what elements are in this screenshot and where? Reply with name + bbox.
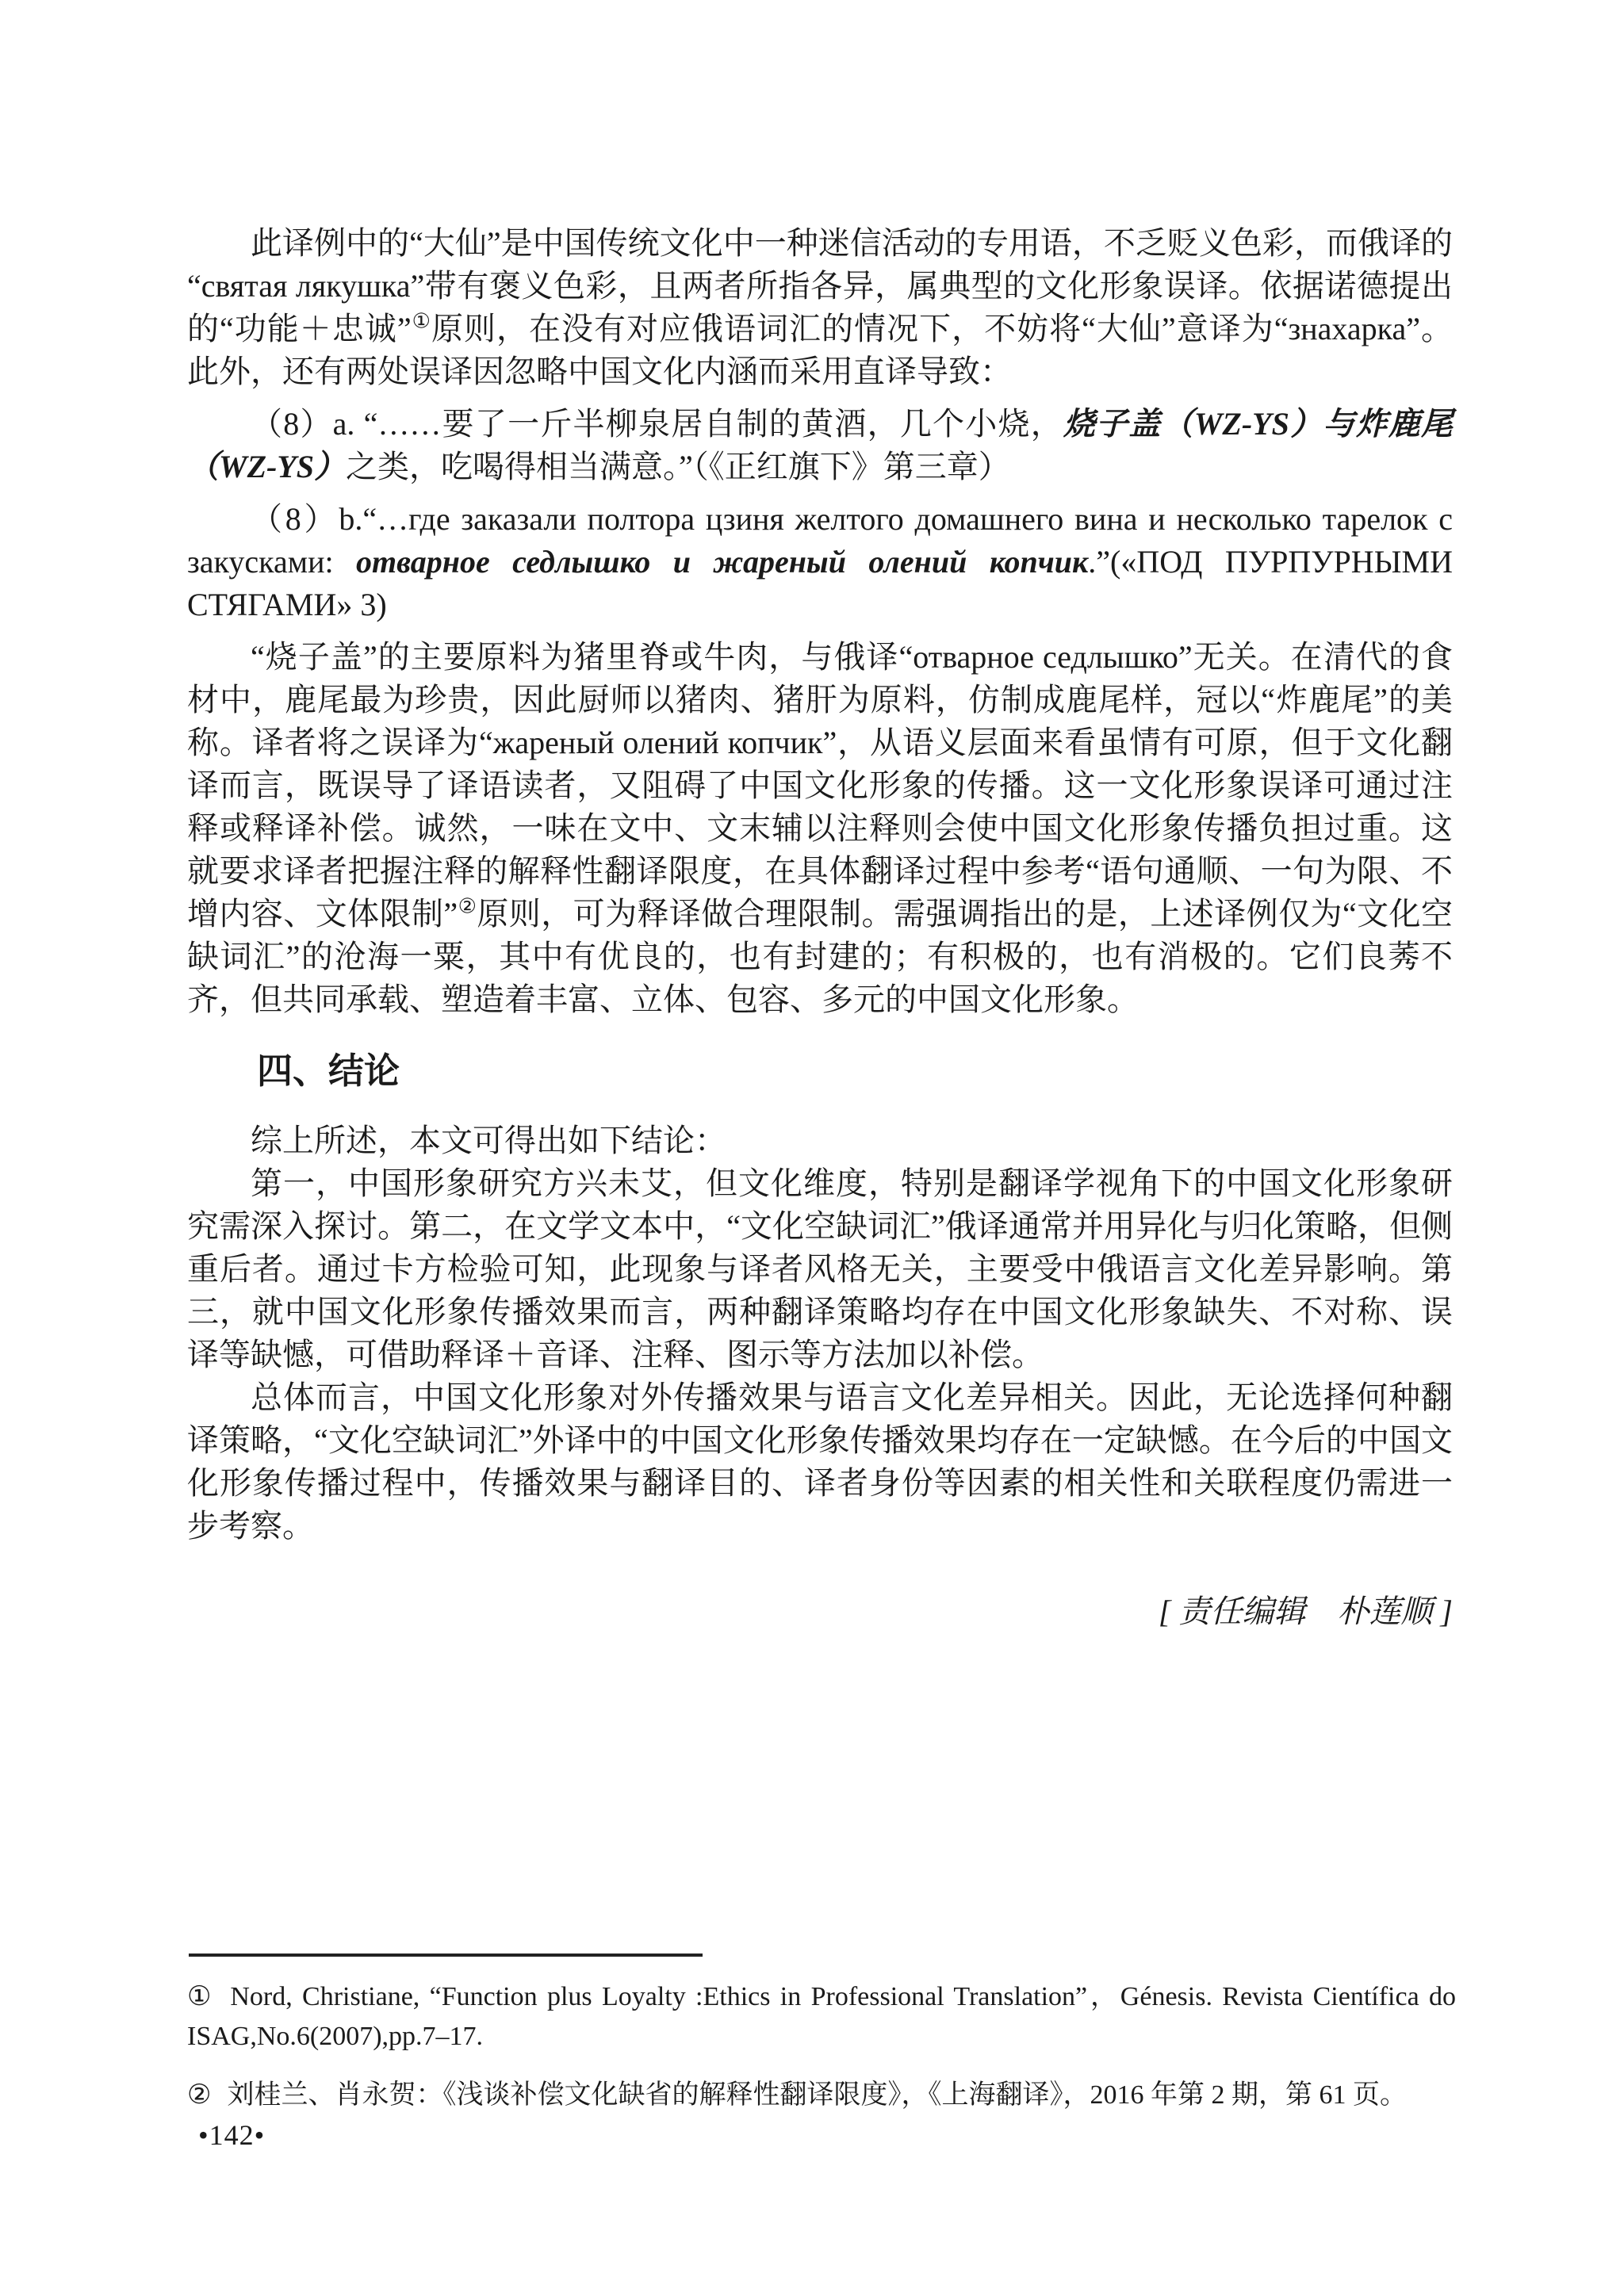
footnote-ref-2: ② bbox=[458, 895, 477, 918]
footnote-text: Nord, Christiane, “Function plus Loyalty… bbox=[187, 1982, 1456, 2051]
paragraph-conclusion-points: 第一，中国形象研究方兴未艾，但文化维度，特别是翻译学视角下的中国文化形象研究需深… bbox=[187, 1162, 1453, 1376]
paragraph-conclusion-summary: 总体而言，中国文化形象对外传播效果与语言文化差异相关。因此，无论选择何种翻译策略… bbox=[187, 1376, 1453, 1548]
paragraph-mistranslation-discussion: “烧子盖”的主要原料为猪里脊或牛肉，与俄译“отварное седлышко”… bbox=[187, 636, 1453, 1021]
example-lead: （8）a. “……要了一斤半柳泉居自制的黄酒，几个小烧， bbox=[251, 406, 1063, 442]
paragraph-conclusion-intro: 综上所述，本文可得出如下结论： bbox=[187, 1119, 1453, 1162]
page-number: •142• bbox=[198, 2118, 265, 2152]
example-8a: （8）a. “……要了一斤半柳泉居自制的黄酒，几个小烧，烧子盖（WZ-YS）与炸… bbox=[187, 403, 1453, 488]
footnote-ref-1: ① bbox=[412, 310, 431, 333]
footnote-marker: ① bbox=[187, 1982, 214, 2011]
footnote-1: ①Nord, Christiane, “Function plus Loyalt… bbox=[187, 1977, 1456, 2057]
editor-credit: [ 责任编辑 朴莲顺 ] bbox=[187, 1590, 1453, 1633]
paragraph-translation-analysis: 此译例中的“大仙”是中国传统文化中一种迷信活动的专用语，不乏贬义色彩，而俄译的“… bbox=[187, 222, 1453, 393]
paragraph-text: “烧子盖”的主要原料为猪里脊或牛肉，与俄译“отварное седлышко”… bbox=[187, 639, 1453, 932]
footnote-marker: ② bbox=[187, 2080, 211, 2110]
article-body: 此译例中的“大仙”是中国传统文化中一种迷信活动的专用语，不乏贬义色彩，而俄译的“… bbox=[187, 222, 1453, 1633]
example-tail: 之类，吃喝得相当满意。”（《正红旗下》第三章） bbox=[346, 449, 1010, 484]
journal-page: 此译例中的“大仙”是中国传统文化中一种迷信活动的专用语，不乏贬义色彩，而俄译的“… bbox=[0, 0, 1624, 2296]
section-heading-conclusion: 四、结论 bbox=[187, 1050, 1453, 1093]
footnote-text: 刘桂兰、肖永贺：《浅谈补偿文化缺省的解释性翻译限度》，《上海翻译》，2016 年… bbox=[227, 2080, 1407, 2110]
footnote-2: ②刘桂兰、肖永贺：《浅谈补偿文化缺省的解释性翻译限度》，《上海翻译》，2016 … bbox=[187, 2076, 1456, 2115]
footnotes-section: ①Nord, Christiane, “Function plus Loyalt… bbox=[187, 1954, 1456, 2134]
example-emphasis: отварное седлышко и жареный олений копчи… bbox=[356, 544, 1088, 580]
footnote-separator-rule bbox=[189, 1954, 703, 1957]
example-8b: （8）b.“…где заказали полтора цзиня желтог… bbox=[187, 498, 1453, 626]
